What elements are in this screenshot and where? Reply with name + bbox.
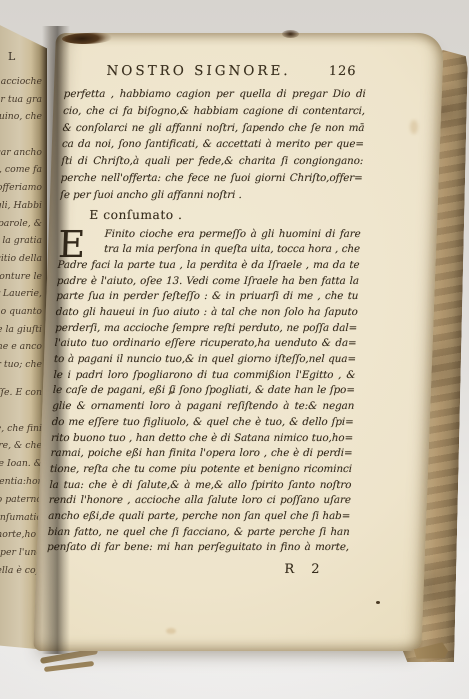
- text-line: penſato di far bene: mi han perſeguitato…: [47, 540, 350, 556]
- book-page: NOSTRO SIGNORE. 126 perfetta , habbiamo …: [33, 33, 444, 651]
- text-line: perderſi, ma accioche ſempre reſti perdu…: [55, 321, 358, 337]
- text-fragment-line: [0, 126, 42, 144]
- page-header: NOSTRO SIGNORE. 126: [64, 63, 367, 81]
- text-line: to à pagani il nuncio tuo,& in quel gior…: [54, 352, 357, 368]
- text-fragment-line: iamogli, Habbi: [0, 197, 42, 215]
- text-fragment-line: nel conſumatio: [0, 509, 42, 527]
- text-line: dato gli haueui in ſuo aiuto : à tal che…: [55, 305, 358, 321]
- text-fragment-line: eſſercitio della: [0, 250, 42, 268]
- text-line: la tua: che è di ſalute,& à me,& allo ſp…: [49, 478, 352, 494]
- text-line: ca da noi, ſono ſantificati, & accettati…: [62, 136, 365, 153]
- text-line: tra la mia perſona in queſta uita, tocca…: [58, 242, 361, 258]
- text-line: Padre faci la parte tua , la perdita è d…: [57, 258, 360, 274]
- text-fragment-line: la fare, & che: [0, 437, 42, 455]
- text-line: padre è l'aiuto, oſee 13. Vedi come Iſra…: [57, 274, 360, 290]
- text-line: Finito cioche era permeſſo à gli huomini…: [58, 227, 361, 243]
- left-page-fragments-top: oſtra : acciocheti per tua graquel uino,…: [0, 73, 42, 374]
- wormhole-speck: [170, 391, 173, 394]
- page-number: 126: [328, 64, 356, 79]
- ink-stain: [282, 30, 299, 38]
- text-fragment-line: fauor tuo; che: [0, 356, 42, 374]
- text-fragment-line: ſtiamo quanto: [0, 303, 42, 321]
- leather-tie: [44, 661, 94, 672]
- foxing-spot: [410, 120, 418, 134]
- running-title: NOSTRO SIGNORE.: [106, 63, 291, 79]
- text-fragment-line: oſtra : accioche: [0, 73, 42, 91]
- text-line: le i padri loro ſpogliarono di tua commi…: [53, 368, 356, 384]
- text-fragment-line: gnificar ancho: [0, 144, 42, 162]
- text-line: rito buono tuo , han detto che è di Sata…: [51, 431, 354, 447]
- page-content: NOSTRO SIGNORE. 126 perfetta , habbiamo …: [43, 33, 368, 651]
- text-fragment-line: ſuo paterno: [0, 491, 42, 509]
- text-fragment-line: eccare, come fa: [0, 161, 42, 179]
- text-fragment-line: u , come e anco: [0, 338, 42, 356]
- book-photo: L oſtra : acciocheti per tua graquel uin…: [0, 0, 469, 699]
- text-fragment-line: aceto,offeriamo: [0, 179, 42, 197]
- text-line: ramai, poiche eßi han finita l'opera lor…: [50, 446, 353, 462]
- text-fragment-line: e diſſe Ioan. &: [0, 455, 42, 473]
- text-line: le caſe de pagani, eßi ſi ſono ſpogliati…: [53, 383, 356, 399]
- text-fragment-line: diſſe. E con: [0, 384, 42, 402]
- text-fragment-line: ti per tua gra: [0, 91, 42, 109]
- text-line: parte ſua in perder ſeſteſſo : & in priu…: [56, 289, 359, 305]
- text-fragment-line: fficientia:hor: [0, 473, 42, 491]
- text-fragment-line: oni , parole, &: [0, 215, 42, 233]
- text-fragment-line: lla morte,ho i: [0, 526, 42, 544]
- signature-mark: R 2: [46, 562, 349, 578]
- text-line: perche nell'offerta: che fece ne ſuoi gi…: [60, 170, 363, 187]
- text-line: ſe per ſuoi ancho gli affanni noſtri .: [60, 187, 363, 204]
- paragraph-1: perfetta , habbiamo cagion per quella di…: [60, 86, 366, 204]
- paragraph-2-lines: Finito cioche era permeſſo à gli huomini…: [47, 227, 361, 556]
- text-fragment-line: r le ponture le: [0, 268, 42, 286]
- foxing-spot: [166, 628, 176, 634]
- text-line: do me eſſere tuo figliuolo, & quel che è…: [51, 415, 354, 431]
- paragraph-2: E Finito cioche era permeſſo à gli huomi…: [47, 227, 361, 556]
- section-heading: E conſumato .: [89, 207, 362, 223]
- text-line: ſti di Chriſto,à quali per fede,& charit…: [61, 153, 364, 170]
- left-page-fragments-bottom: diſſe. E congnore, che finila fare, & ch…: [0, 384, 42, 580]
- text-line: tione, reſta che tu come piu potente et …: [50, 462, 353, 478]
- text-fragment-line: ci per Lauerie,: [0, 285, 42, 303]
- text-fragment-line: ia , & la gratia: [0, 232, 42, 250]
- text-line: glie & ornamenti loro à pagani reſiſtend…: [52, 399, 355, 415]
- text-line: l'aiuto tuo ordinario eſſere ricuperato,…: [54, 336, 357, 352]
- text-fragment-line: [0, 402, 42, 420]
- text-line: bian fatto, ne quel che ſi facciano, & p…: [47, 525, 350, 541]
- text-line: ancho eßi,de quali parte, perche non ſan…: [48, 509, 351, 525]
- text-fragment-line: quel uino, che: [0, 108, 42, 126]
- text-line: perfetta , habbiamo cagion per quella di…: [63, 86, 366, 103]
- drop-cap-initial: E: [58, 229, 95, 260]
- text-fragment-line: perche la giuſti: [0, 321, 42, 339]
- left-page-header-fragment: L: [8, 50, 16, 63]
- wormhole-speck: [376, 601, 380, 604]
- text-line: cio, che ci fa biſogno,& habbiam cagione…: [63, 103, 366, 120]
- text-fragment-line: gnore, che fini: [0, 420, 42, 438]
- text-line: rendi l'honore , accioche alla ſalute lo…: [49, 493, 352, 509]
- text-line: & conſolarci ne gli affanni noſtri, ſape…: [62, 120, 365, 137]
